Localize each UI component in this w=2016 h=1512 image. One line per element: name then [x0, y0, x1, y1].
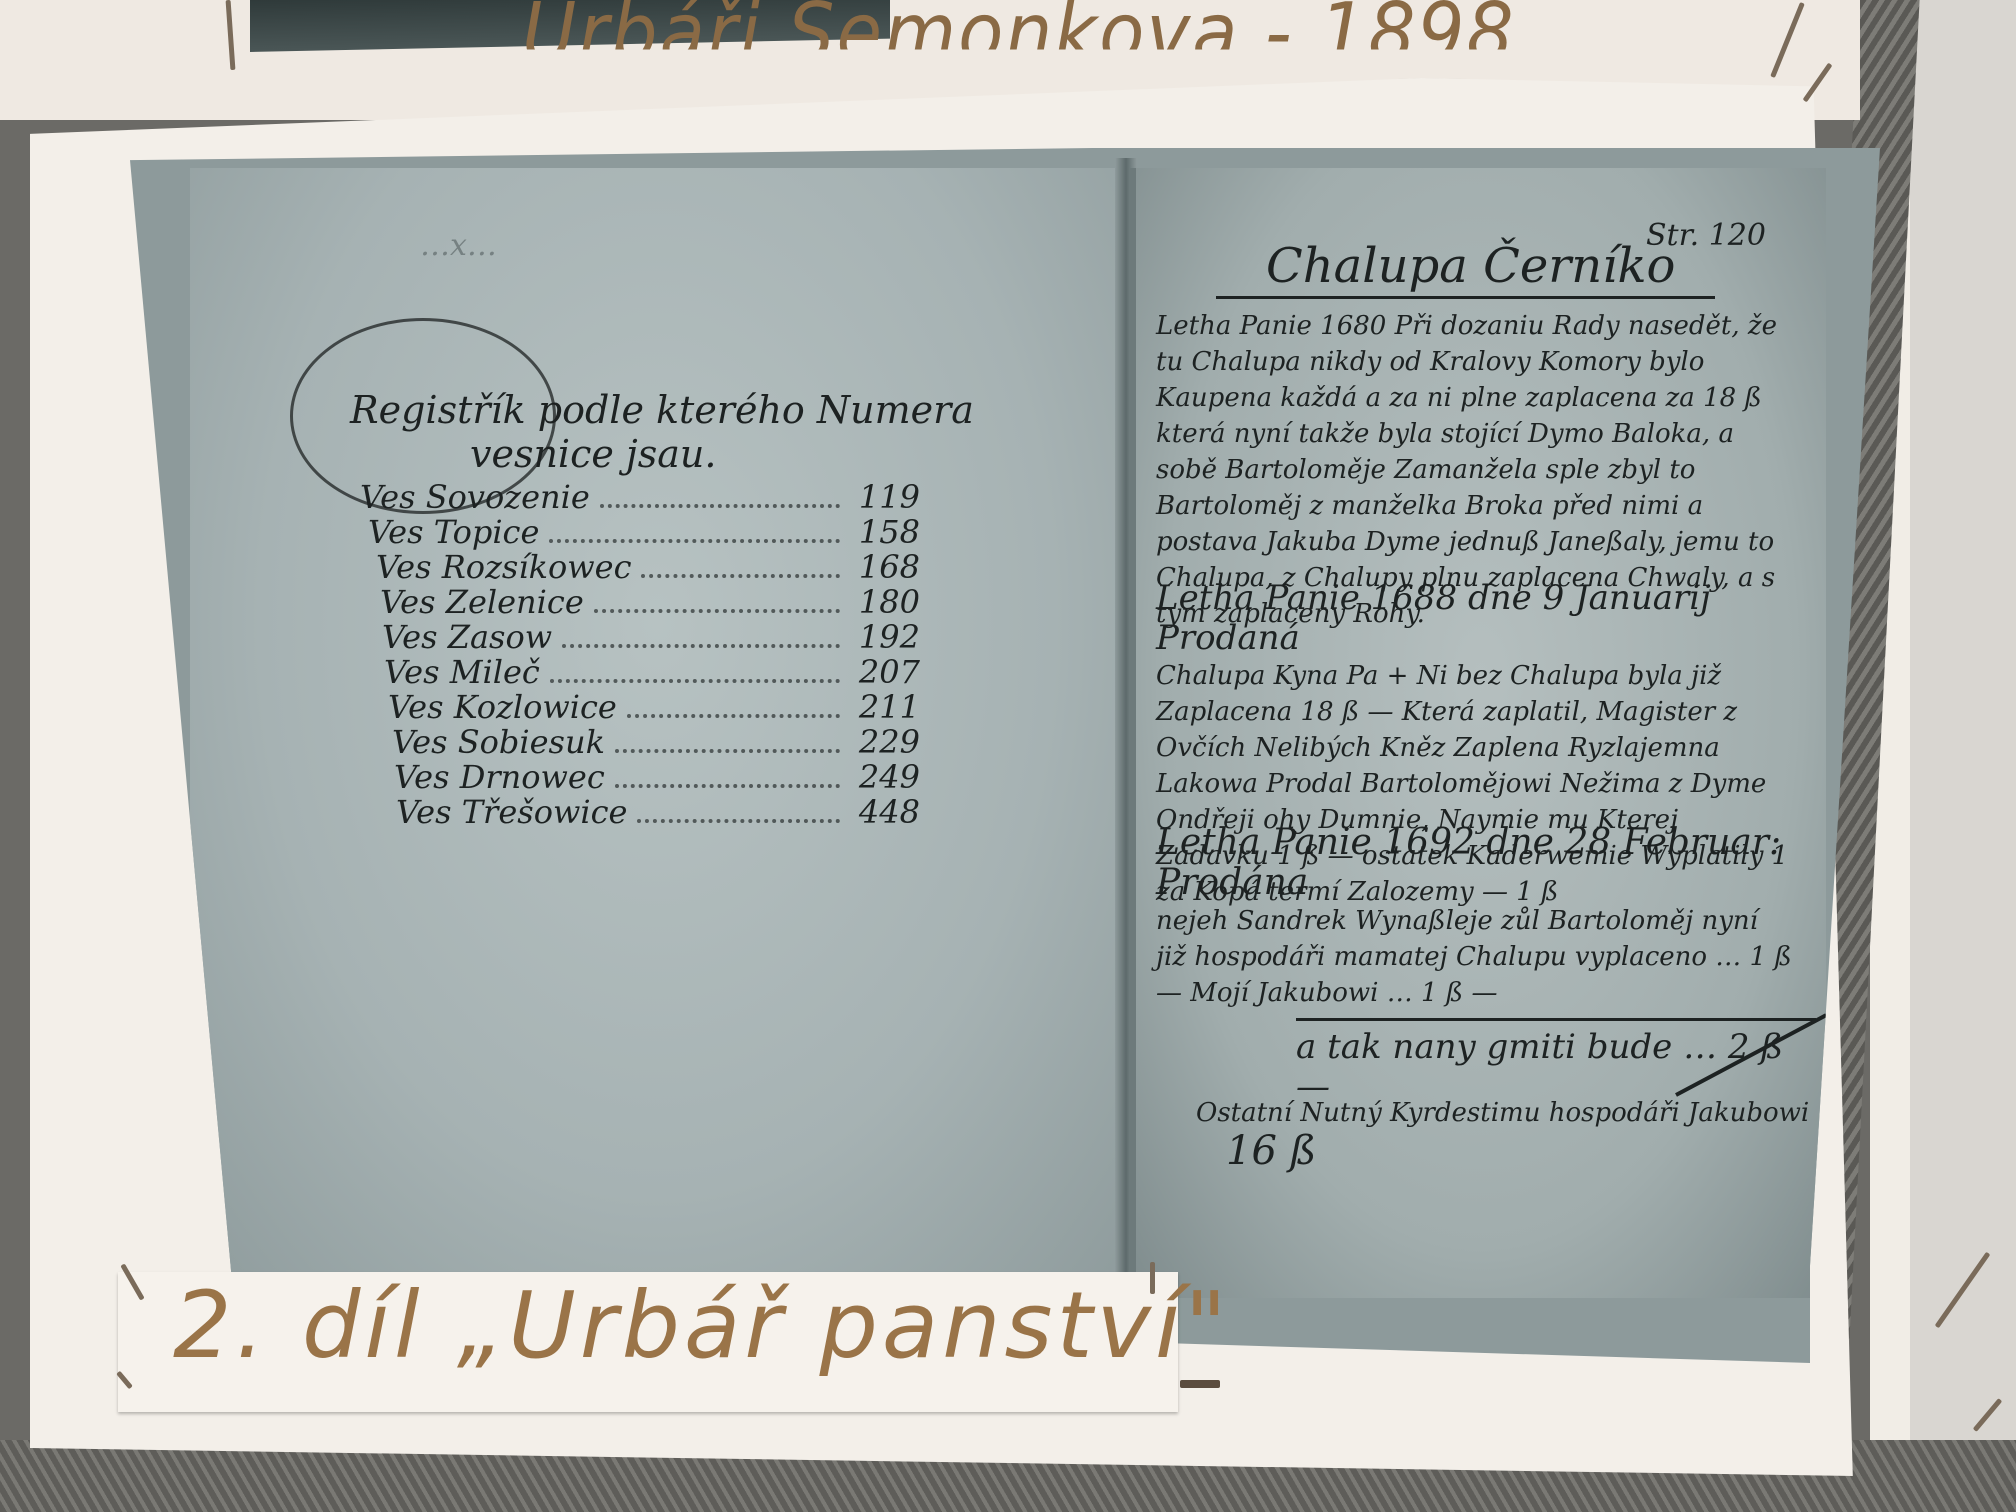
left-page: …x… Registřík podle kterého Numera vesni… [190, 168, 1125, 1298]
village-name: Ves Sovozenie [360, 478, 590, 516]
leader-dots [615, 749, 840, 753]
leader-dots [615, 784, 840, 788]
manuscript-photocopy: …x… Registřík podle kterého Numera vesni… [130, 148, 1880, 1363]
register-row: Ves Sobiesuk229 [360, 723, 920, 758]
pin-icon [1180, 1380, 1220, 1388]
register-row: Ves Třešowice448 [360, 793, 920, 828]
page-ref: 168 [850, 548, 920, 586]
register-row: Ves Topice158 [360, 513, 920, 548]
leader-dots [549, 539, 840, 543]
entry-1688-first-line: Letha Panie 1688 dne 9 Januarij Prodaná [1156, 578, 1796, 658]
right-page: Str. 120 Chalupa Černíko Letha Panie 168… [1130, 168, 1826, 1298]
village-name: Ves Zelenice [380, 583, 584, 621]
leader-dots [594, 609, 840, 613]
register-row: Ves Sovozenie119 [360, 478, 920, 513]
pin-icon [1150, 1262, 1155, 1294]
village-name: Ves Kozlowice [388, 688, 617, 726]
village-name: Ves Sobiesuk [392, 723, 605, 761]
page-ref: 192 [850, 618, 920, 656]
village-name: Ves Zasow [382, 618, 552, 656]
leader-dots [641, 574, 840, 578]
page-ref: 229 [850, 723, 920, 761]
leader-dots [550, 679, 840, 683]
register-row: Ves Rozsíkowec168 [360, 548, 920, 583]
caption-label-strip: 2. díl „Urbář panství" [118, 1272, 1178, 1412]
entry-1692-body: nejeh Sandrek Wynaßleje zůl Bartoloměj n… [1156, 903, 1796, 1011]
village-register: Ves Sovozenie119 Ves Topice158 Ves Rozsí… [360, 478, 920, 828]
page-ref: 448 [850, 793, 920, 831]
page-ref: 211 [850, 688, 920, 726]
leader-dots [637, 819, 840, 823]
entry-paragraph-1692: Letha Panie 1692 dne 28 Februar: Prodána… [1156, 823, 1796, 1011]
register-row: Ves Kozlowice211 [360, 688, 920, 723]
village-name: Ves Rozsíkowec [376, 548, 631, 586]
leader-dots [627, 714, 840, 718]
caption-label-text: 2. díl „Urbář panství" [173, 1272, 1231, 1379]
back-handwritten-caption: ... Urbáři Semonkova - 1898 [420, 0, 1516, 80]
archive-stamp: …x… [420, 228, 497, 263]
register-row: Ves Mileč207 [360, 653, 920, 688]
village-name: Ves Drnowec [394, 758, 605, 796]
village-name: Ves Topice [368, 513, 539, 551]
register-row: Ves Drnowec249 [360, 758, 920, 793]
page-ref: 158 [850, 513, 920, 551]
final-line-text: Ostatní Nutný Kyrdestimu hospodáři Jakub… [1196, 1098, 1809, 1128]
village-name: Ves Třešowice [396, 793, 627, 831]
village-name: Ves Mileč [384, 653, 540, 691]
register-title: Registřík podle kterého Numera vesnice j… [350, 388, 1050, 476]
leader-dots [562, 644, 840, 648]
entry-heading: Chalupa Černíko [1216, 238, 1715, 299]
page-ref: 249 [850, 758, 920, 796]
register-row: Ves Zelenice180 [360, 583, 920, 618]
page-ref: 207 [850, 653, 920, 691]
register-row: Ves Zasow192 [360, 618, 920, 653]
final-line: Ostatní Nutný Kyrdestimu hospodáři Jakub… [1196, 1098, 1836, 1174]
final-amount: 16 ß [1226, 1128, 1316, 1174]
page-ref: 180 [850, 583, 920, 621]
leader-dots [600, 504, 840, 508]
page-ref: 119 [850, 478, 920, 516]
entry-1692-first-line: Letha Panie 1692 dne 28 Februar: Prodána [1156, 823, 1796, 903]
